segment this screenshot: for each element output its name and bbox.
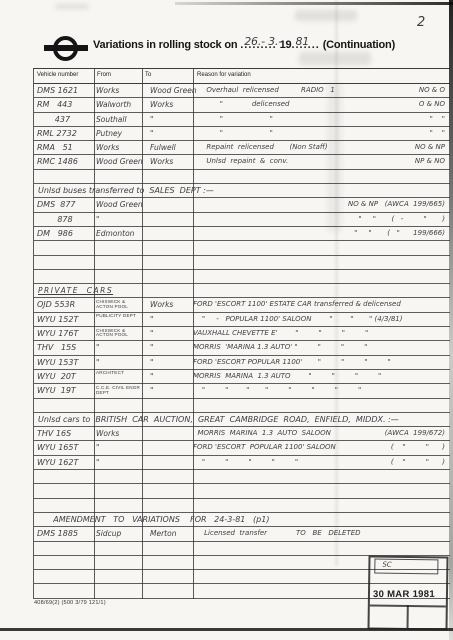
- roundel-bar: [44, 45, 88, 51]
- vehicle-cell: RM 443: [34, 98, 94, 111]
- empty-row: [34, 170, 450, 184]
- reason-text: FORD 'ESCORT POPULAR 1100' " " " ": [193, 356, 391, 369]
- from-cell: CHISWICK & ACTON POOL: [94, 327, 142, 340]
- reason-text: MORRIS 'MARINA 1.3 AUTO' " " " ": [193, 341, 367, 354]
- year-field: .......81: [291, 39, 319, 51]
- reason-text: VAUXHALL CHEVETTE E' " " " ": [193, 327, 368, 340]
- table-row: DMS 877Wood GreenNO & NP (AWCA 199/665): [34, 198, 450, 212]
- to-cell: ": [142, 341, 193, 354]
- reason-text: " ": [193, 113, 273, 126]
- bleed-through-artifact: [295, 10, 357, 21]
- to-cell: [142, 227, 193, 240]
- from-cell: CHISWICK & ACTON POOL: [94, 298, 142, 311]
- vehicle-cell: DMS 1621: [34, 84, 94, 97]
- from-cell: Wood Green: [94, 198, 142, 211]
- london-transport-roundel-icon: [44, 35, 88, 62]
- empty-row: [34, 499, 450, 513]
- reason-note: " " ( - " ): [358, 213, 445, 226]
- vehicle-cell: THV 16S: [34, 427, 94, 440]
- from-cell: PUBLICITY DEPT: [94, 313, 142, 326]
- vehicle-cell: WYU 152T: [34, 313, 94, 326]
- reason-cell: " delicensedO & NO: [193, 98, 450, 111]
- reason-text: " " " " ": [193, 456, 298, 469]
- to-cell: Works: [142, 155, 193, 168]
- reason-cell: " " " " "( " " ): [193, 456, 450, 469]
- from-cell: ": [94, 356, 142, 369]
- reason-cell: NO & NP (AWCA 199/665): [193, 198, 450, 211]
- reason-cell: FORD 'ESCORT 1100' ESTATE CAR transferre…: [193, 298, 450, 311]
- to-cell: [142, 213, 193, 226]
- from-cell: C.C.E. CIVIL ENGR DEPT: [94, 384, 142, 397]
- from-cell: Works: [94, 84, 142, 97]
- table-row: RMC 1486Wood GreenWorks Unlsd repaint & …: [34, 155, 450, 169]
- reason-cell: FORD 'ESCORT POPULAR 1100' SALOON( " " ): [193, 441, 450, 454]
- handwritten-year: 81: [295, 35, 309, 48]
- title-prefix: Variations in rolling stock on: [93, 39, 237, 51]
- reason-cell: FORD 'ESCORT POPULAR 1100' " " " ": [193, 356, 450, 369]
- empty-row: [34, 484, 450, 498]
- table-row: WYU 153T""FORD 'ESCORT POPULAR 1100' " "…: [34, 356, 450, 370]
- table-header-row: Vehicle number From To Reason for variat…: [34, 69, 450, 84]
- from-cell: ": [94, 341, 142, 354]
- reason-note: " " ( " 199/666): [354, 227, 445, 240]
- reason-note: " ": [430, 127, 445, 140]
- vehicle-cell: WYU 176T: [34, 327, 94, 340]
- reason-cell: VAUXHALL CHEVETTE E' " " " ": [193, 327, 450, 340]
- reason-note: (AWCA 199/672): [385, 427, 445, 440]
- vehicle-cell: WYU 153T: [34, 356, 94, 369]
- reason-cell: " " ( " 199/666): [193, 227, 450, 240]
- from-cell: Walworth: [94, 98, 142, 111]
- vehicle-cell: WYU 20T: [34, 370, 94, 383]
- table-row: THV 15S""MORRIS 'MARINA 1.3 AUTO' " " " …: [34, 341, 450, 355]
- table-row: DM 986Edmonton" " ( " 199/666): [34, 227, 450, 241]
- vehicle-cell: WYU 162T: [34, 456, 94, 469]
- table-row: THV 16SWorks MORRIS MARINA 1.3 AUTO SALO…: [34, 427, 450, 441]
- reason-text: Unlsd repaint & conv.: [193, 155, 288, 168]
- table-row: WYU 176TCHISWICK & ACTON POOL"VAUXHALL C…: [34, 327, 450, 341]
- vehicle-cell: RML 2732: [34, 127, 94, 140]
- reason-note: NO & NP: [415, 141, 445, 154]
- reason-text: Licensed transfer TO BE DELETED: [193, 527, 361, 540]
- from-cell: ": [94, 441, 142, 454]
- reason-cell: " "" ": [193, 113, 450, 126]
- header-to: To: [142, 72, 193, 83]
- table-row: OJD 553RCHISWICK & ACTON POOLWorksFORD '…: [34, 298, 450, 312]
- empty-row: [34, 241, 450, 255]
- table-row: WYU 165T"FORD 'ESCORT POPULAR 1100' SALO…: [34, 441, 450, 455]
- to-cell: [142, 456, 193, 469]
- to-cell: Wood Green: [142, 84, 193, 97]
- handwritten-date: 26.- 3.-: [244, 35, 282, 48]
- reason-note: ( " " ): [391, 441, 445, 454]
- vehicle-cell: OJD 553R: [34, 298, 94, 311]
- empty-row: [34, 256, 450, 270]
- label-row: PRIVATE CARS: [34, 284, 450, 298]
- from-cell: Edmonton: [94, 227, 142, 240]
- from-cell: Putney: [94, 127, 142, 140]
- header-reason: Reason for variation: [193, 72, 450, 83]
- to-cell: ": [142, 370, 193, 383]
- vehicle-cell: DM 986: [34, 227, 94, 240]
- to-cell: Works: [142, 298, 193, 311]
- table-row: 437Southall" " "" ": [34, 113, 450, 127]
- table-row: 878"" " ( - " ): [34, 213, 450, 227]
- to-cell: ": [142, 356, 193, 369]
- to-cell: [142, 441, 193, 454]
- from-cell: ": [94, 456, 142, 469]
- reason-note: NO & NP (AWCA 199/665): [348, 198, 445, 211]
- stamp-initials-box: SC: [374, 559, 438, 575]
- from-cell: Works: [94, 427, 142, 440]
- scan-edge-top: [175, 2, 453, 5]
- reason-text: " ": [193, 127, 273, 140]
- bleed-through-artifact: [299, 52, 371, 65]
- vehicle-cell: RMC 1486: [34, 155, 94, 168]
- stamp-divider: [407, 605, 409, 628]
- table-rows: DMS 1621WorksWood Green Overhaul relicen…: [34, 84, 450, 599]
- reason-cell: MORRIS MARINA 1.3 AUTO SALOON(AWCA 199/6…: [193, 427, 450, 440]
- reason-cell: MORRIS 'MARINA 1.3 AUTO' " " " ": [193, 341, 450, 354]
- to-cell: [142, 427, 193, 440]
- table-row: RM 443WalworthWorks " delicensedO & NO: [34, 98, 450, 112]
- from-cell: ARCHITECT: [94, 370, 142, 383]
- reason-text: " - POPULAR 1100' SALOON " " " (4/3/81): [193, 313, 403, 326]
- from-cell: Works: [94, 141, 142, 154]
- empty-row: [34, 270, 450, 284]
- reason-cell: " - POPULAR 1100' SALOON " " " (4/3/81): [193, 313, 450, 326]
- section-row: Unlsd cars to BRITISH CAR AUCTION, GREAT…: [34, 413, 450, 427]
- reason-cell: " "" ": [193, 127, 450, 140]
- vehicle-cell: WYU 165T: [34, 441, 94, 454]
- to-cell: ": [142, 327, 193, 340]
- table-row: WYU 162T" " " " " "( " " ): [34, 456, 450, 470]
- form-reference-code: 408/69(2) (500 3/79 121/1): [34, 600, 106, 606]
- reason-note: O & NO: [419, 98, 445, 111]
- to-cell: Merton: [142, 527, 193, 540]
- header-vehicle-number: Vehicle number: [34, 72, 94, 83]
- vehicle-cell: THV 15S: [34, 341, 94, 354]
- empty-row: [34, 542, 450, 556]
- reason-cell: Licensed transfer TO BE DELETED: [193, 527, 450, 540]
- to-cell: ": [142, 384, 193, 397]
- vehicle-cell: DMS 1885: [34, 527, 94, 540]
- section-row: Unlsd buses transferred to SALES DEPT :—: [34, 184, 450, 198]
- reason-note: " ": [430, 113, 445, 126]
- variations-table: Vehicle number From To Reason for variat…: [33, 68, 450, 599]
- stamp-date-text: 30 MAR 1981: [373, 589, 435, 600]
- table-row: RML 2732Putney" " "" ": [34, 127, 450, 141]
- table-row: WYU 19TC.C.E. CIVIL ENGR DEPT" " " " " "…: [34, 384, 450, 398]
- bleed-through-artifact: [55, 4, 89, 9]
- section-row: AMENDMENT TO VARIATIONS FOR 24-3-81 (p1): [34, 513, 450, 527]
- table-row: DMS 1621WorksWood Green Overhaul relicen…: [34, 84, 450, 98]
- reason-cell: " " " " " " " ": [193, 384, 450, 397]
- vehicle-cell: 437: [34, 113, 94, 126]
- reason-text: MORRIS MARINA 1.3 AUTO " " " ": [193, 370, 381, 383]
- empty-row: [34, 399, 450, 413]
- reason-text: FORD 'ESCORT POPULAR 1100' SALOON: [193, 441, 336, 454]
- received-date-stamp: SC 30 MAR 1981: [367, 555, 448, 630]
- vehicle-cell: RMA 51: [34, 141, 94, 154]
- table-row: DMS 1885SidcupMerton Licensed transfer T…: [34, 527, 450, 541]
- vehicle-cell: DMS 877: [34, 198, 94, 211]
- reason-cell: " " ( - " ): [193, 213, 450, 226]
- to-cell: Works: [142, 98, 193, 111]
- reason-note: NP & NO: [415, 155, 445, 168]
- reason-cell: MORRIS MARINA 1.3 AUTO " " " ": [193, 370, 450, 383]
- scanned-document-page: { "page": { "page_number": "2", "title_p…: [0, 0, 453, 640]
- reason-text: Repaint relicensed (Non Staff): [193, 141, 328, 154]
- reason-cell: Repaint relicensed (Non Staff)NO & NP: [193, 141, 450, 154]
- section-text: PRIVATE CARS: [34, 284, 450, 297]
- empty-row: [34, 470, 450, 484]
- title-suffix: (Continuation): [323, 39, 395, 51]
- reason-cell: Overhaul relicensed RADIO 1NO & O: [193, 84, 450, 97]
- section-text: Unlsd cars to BRITISH CAR AUCTION, GREAT…: [34, 413, 450, 426]
- reason-text: MORRIS MARINA 1.3 AUTO SALOON: [193, 427, 331, 440]
- reason-text: " delicensed: [193, 98, 289, 111]
- section-text: Unlsd buses transferred to SALES DEPT :—: [34, 184, 450, 197]
- to-cell: Fulwell: [142, 141, 193, 154]
- section-text: AMENDMENT TO VARIATIONS FOR 24-3-81 (p1): [34, 513, 450, 526]
- from-cell: Southall: [94, 113, 142, 126]
- form-title: Variations in rolling stock on .........…: [93, 39, 445, 51]
- table-row: RMA 51WorksFulwell Repaint relicensed (N…: [34, 141, 450, 155]
- handwritten-page-number: 2: [417, 15, 425, 30]
- header-from: From: [94, 72, 142, 83]
- vehicle-cell: WYU 19T: [34, 384, 94, 397]
- to-cell: ": [142, 313, 193, 326]
- reason-text: FORD 'ESCORT 1100' ESTATE CAR transferre…: [193, 298, 401, 311]
- reason-cell: Unlsd repaint & conv.NP & NO: [193, 155, 450, 168]
- reason-note: NO & O: [419, 84, 445, 97]
- table-row: WYU 20TARCHITECT"MORRIS MARINA 1.3 AUTO …: [34, 370, 450, 384]
- reason-text: " " " " " " " ": [193, 384, 361, 397]
- reason-note: ( " " ): [391, 456, 445, 469]
- to-cell: ": [142, 127, 193, 140]
- table-row: WYU 152TPUBLICITY DEPT" " - POPULAR 1100…: [34, 313, 450, 327]
- to-cell: [142, 198, 193, 211]
- handwritten-initials: SC: [382, 561, 391, 569]
- from-cell: Sidcup: [94, 527, 142, 540]
- from-cell: ": [94, 213, 142, 226]
- vehicle-cell: 878: [34, 213, 94, 226]
- reason-text: Overhaul relicensed RADIO 1: [193, 84, 335, 97]
- date-field: .........26.- 3.-: [240, 39, 277, 51]
- from-cell: Wood Green: [94, 155, 142, 168]
- to-cell: ": [142, 113, 193, 126]
